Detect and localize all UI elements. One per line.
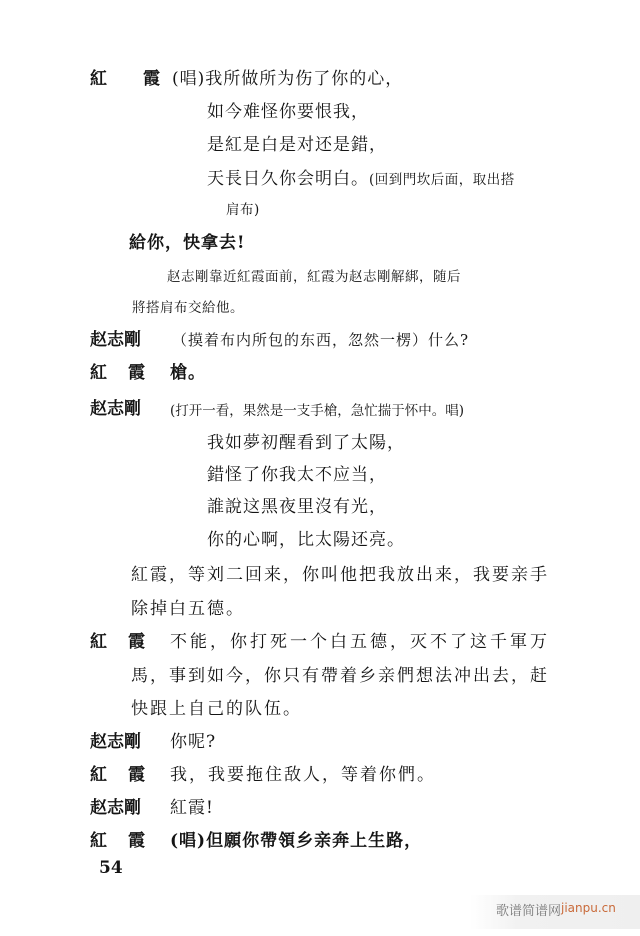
speaker-char: 紅 (90, 69, 107, 89)
speaker-zhao: 赵志剛 (90, 797, 141, 819)
dialogue-line: 快跟上自己的队伍。 (131, 698, 302, 720)
dialogue-line: 槍。 (170, 362, 206, 384)
speaker-char: 霞 (128, 362, 145, 384)
speaker-char: 霞 (128, 764, 145, 786)
speaker-char: 紅 (90, 363, 107, 383)
speaker-hongxia: 紅 霞 (90, 68, 107, 90)
verse-line: 你的心啊，比太陽还亮。 (207, 529, 405, 551)
speaker-zhao: 赵志剛 (90, 329, 141, 351)
speaker-hongxia: 紅 霞 (90, 830, 107, 852)
stage-note-cont: 肩布) (226, 199, 260, 221)
watermark-url: jianpu.cn (561, 901, 616, 915)
speaker-hongxia: 紅 霞 (90, 362, 107, 384)
speaker-char: 紅 (90, 765, 107, 785)
speaker-char: 霞 (143, 68, 160, 90)
dialogue-line: 馬，事到如今，你只有帶着乡亲們想法冲出去，赶 (131, 665, 549, 687)
watermark-site-name: 歌谱简谱网 (496, 900, 561, 919)
verse-line: 是紅是白是对还是錯， (207, 134, 387, 156)
stage-direction: 將搭肩布交給他。 (132, 297, 244, 319)
dialogue-line: (唱)但願你帶領乡亲奔上生路， (170, 830, 422, 852)
dialogue-line: 紅霞! (170, 797, 214, 819)
stage-note: (打开一看，果然是一支手槍，急忙揣于怀中。唱) (170, 400, 464, 422)
stage-note: (回到門坎后面，取出搭 (369, 172, 515, 188)
speaker-hongxia: 紅 霞 (90, 764, 107, 786)
speaker-char: 紅 (90, 632, 107, 652)
verse-line: 如今难怪你要恨我， (207, 101, 369, 123)
speaker-char: 霞 (128, 830, 145, 852)
dialogue-line: (唱)我所做所为伤了你的心， (172, 68, 403, 90)
dialogue-line: 你呢? (170, 731, 216, 753)
verse-line: 錯怪了你我太不应当， (207, 464, 387, 486)
dialogue-line: 紅霞，等刘二回来，你叫他把我放出来，我要亲手 (131, 564, 549, 586)
dialogue-line: 除掉白五德。 (131, 598, 245, 620)
verse-line: 天長日久你会明白。(回到門坎后面，取出搭 (207, 168, 515, 191)
dialogue-line: 不能，你打死一个白五德，灭不了这千軍万 (170, 631, 550, 653)
verse-line: 誰說这黑夜里沒有光， (207, 496, 387, 518)
dialogue-line: 我，我要拖住敌人，等着你們。 (170, 764, 436, 786)
stage-direction: 赵志剛靠近紅霞面前，紅霞为赵志剛解綁，随后 (167, 266, 461, 288)
dialogue-line: 給你，快拿去! (129, 232, 245, 254)
speaker-char: 紅 (90, 831, 107, 851)
speaker-hongxia: 紅 霞 (90, 631, 107, 653)
verse-line: 我如夢初醒看到了太陽， (207, 432, 405, 454)
speaker-zhao: 赵志剛 (90, 398, 141, 420)
speaker-zhao: 赵志剛 (90, 731, 141, 753)
speaker-char: 霞 (128, 631, 145, 653)
page-number: 54 (99, 858, 123, 878)
verse-text: 天長日久你会明白。 (207, 169, 369, 189)
dialogue-line: （摸着布内所包的东西，忽然一楞）什么? (172, 329, 469, 351)
